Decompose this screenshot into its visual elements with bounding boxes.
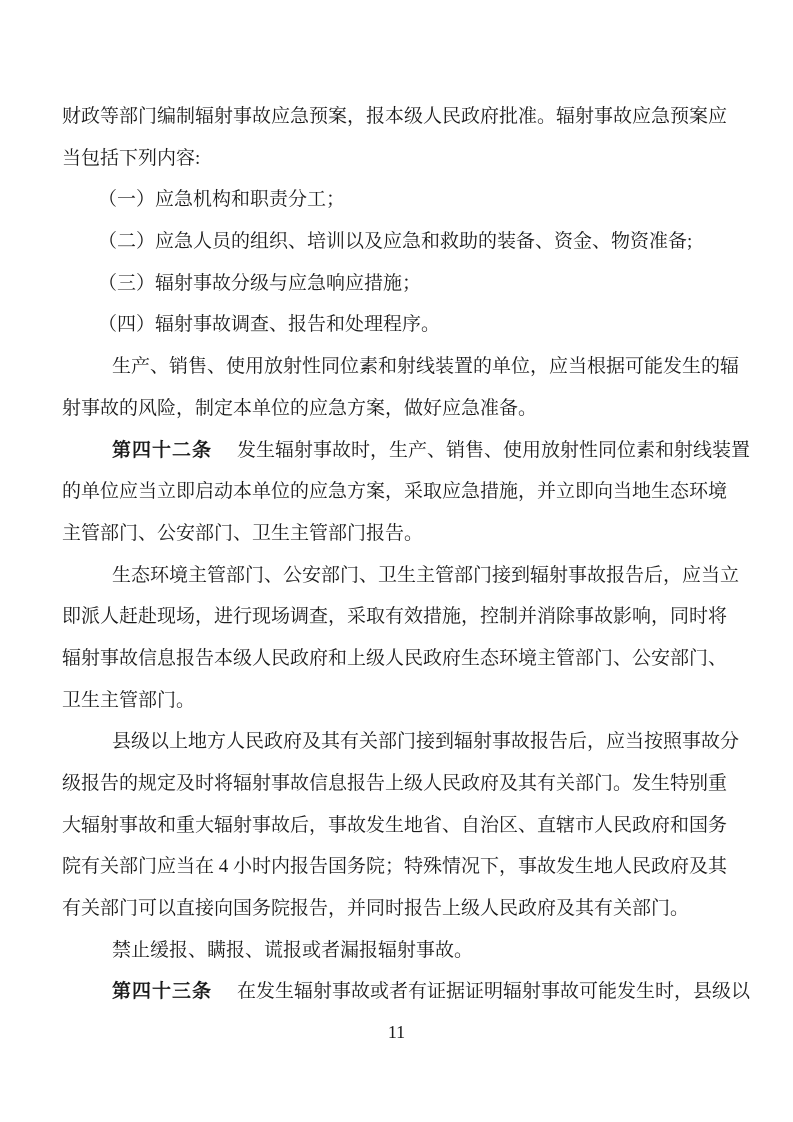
list-item-3: （三）辐射事故分级与应急响应措施； (62, 263, 734, 305)
text-line: 级报告的规定及时将辐射事故信息报告上级人民政府及其有关部门。发生特别重 (62, 763, 734, 805)
text-line: （二）应急人员的组织、培训以及应急和救助的装备、资金、物资准备; (62, 221, 734, 263)
text-line: 在发生辐射事故或者有证据证明辐射事故可能发生时，县级以 (237, 981, 750, 1002)
article-42-heading-line: 第四十二条发生辐射事故时，生产、销售、使用放射性同位素和射线装置 (62, 430, 734, 472)
list-item-2: （二）应急人员的组织、培训以及应急和救助的装备、资金、物资准备; (62, 221, 734, 263)
text-line: 县级以上地方人民政府及其有关部门接到辐射事故报告后，应当按照事故分 (62, 721, 734, 763)
text-line: （四）辐射事故调查、报告和处理程序。 (62, 304, 734, 346)
page-number: 11 (0, 1020, 793, 1044)
text-line: 当包括下列内容: (62, 138, 734, 180)
list-item-4: （四）辐射事故调查、报告和处理程序。 (62, 304, 734, 346)
article-43-paragraph: 第四十三条在发生辐射事故或者有证据证明辐射事故可能发生时，县级以 (62, 971, 734, 1013)
article-42-paragraph: 第四十二条发生辐射事故时，生产、销售、使用放射性同位素和射线装置 的单位应当立即… (62, 430, 734, 555)
article-43-number: 第四十三条 (112, 981, 212, 1002)
text-line: 即派人赶赴现场，进行现场调查，采取有效措施，控制并消除事故影响，同时将 (62, 596, 734, 638)
text-line: 发生辐射事故时，生产、销售、使用放射性同位素和射线装置 (237, 440, 750, 461)
document-page: 财政等部门编制辐射事故应急预案，报本级人民政府批准。辐射事故应急预案应 当包括下… (0, 0, 793, 1122)
text-line: 院有关部门应当在 4 小时内报告国务院；特殊情况下，事故发生地人民政府及其 (62, 846, 734, 888)
article-43-heading-line: 第四十三条在发生辐射事故或者有证据证明辐射事故可能发生时，县级以 (62, 971, 734, 1013)
list-item-1: （一）应急机构和职责分工； (62, 179, 734, 221)
text-line: 生态环境主管部门、公安部门、卫生主管部门接到辐射事故报告后，应当立 (62, 555, 734, 597)
text-line: （三）辐射事故分级与应急响应措施； (62, 263, 734, 305)
text-line: 的单位应当立即启动本单位的应急方案，采取应急措施，并立即向当地生态环境 (62, 471, 734, 513)
paragraph-prohibition: 禁止缓报、瞒报、谎报或者漏报辐射事故。 (62, 930, 734, 972)
document-body: 财政等部门编制辐射事故应急预案，报本级人民政府批准。辐射事故应急预案应 当包括下… (62, 96, 734, 1013)
text-line: 主管部门、公安部门、卫生主管部门报告。 (62, 513, 734, 555)
paragraph-government-reporting: 县级以上地方人民政府及其有关部门接到辐射事故报告后，应当按照事故分 级报告的规定… (62, 721, 734, 929)
text-line: 财政等部门编制辐射事故应急预案，报本级人民政府批准。辐射事故应急预案应 (62, 96, 734, 138)
text-line: 有关部门可以直接向国务院报告，并同时报告上级人民政府及其有关部门。 (62, 888, 734, 930)
text-line: 辐射事故信息报告本级人民政府和上级人民政府生态环境主管部门、公安部门、 (62, 638, 734, 680)
paragraph-unit-emergency-plan: 生产、销售、使用放射性同位素和射线装置的单位，应当根据可能发生的辐 射事故的风险… (62, 346, 734, 429)
text-line: 大辐射事故和重大辐射事故后，事故发生地省、自治区、直辖市人民政府和国务 (62, 805, 734, 847)
article-42-number: 第四十二条 (112, 440, 212, 461)
text-line: （一）应急机构和职责分工； (62, 179, 734, 221)
paragraph-emergency-plan-approval: 财政等部门编制辐射事故应急预案，报本级人民政府批准。辐射事故应急预案应 当包括下… (62, 96, 734, 179)
paragraph-departments-response: 生态环境主管部门、公安部门、卫生主管部门接到辐射事故报告后，应当立 即派人赶赴现… (62, 555, 734, 722)
text-line: 卫生主管部门。 (62, 680, 734, 722)
text-line: 射事故的风险，制定本单位的应急方案，做好应急准备。 (62, 388, 734, 430)
text-line: 生产、销售、使用放射性同位素和射线装置的单位，应当根据可能发生的辐 (62, 346, 734, 388)
text-line: 禁止缓报、瞒报、谎报或者漏报辐射事故。 (62, 930, 734, 972)
